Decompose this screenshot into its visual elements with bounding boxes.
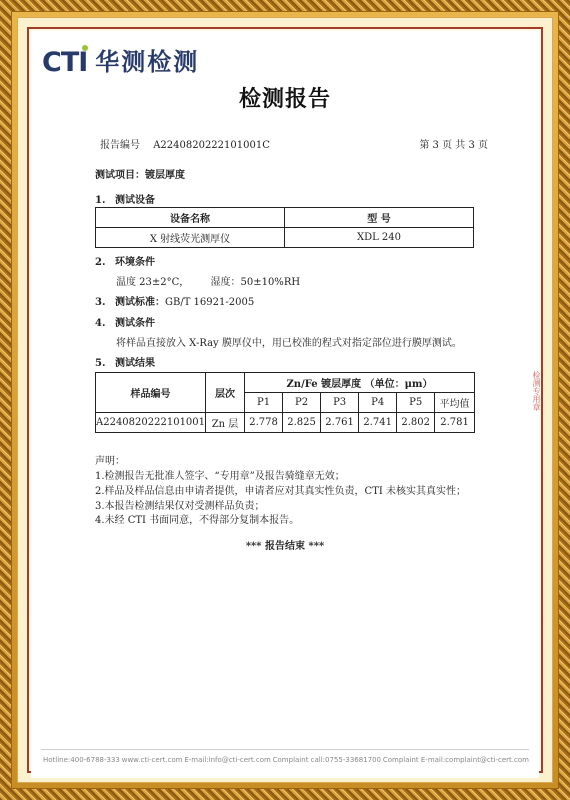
equipment-table: 设备名称 型 号 X 射线荧光测厚仪 XDL 240 (95, 207, 474, 248)
statement-item: 3.本报告检测结果仅对受测样品负责； (95, 497, 265, 512)
footer-complaint-email: Complaint E-mail:complaint@cti-cert.com (383, 756, 529, 764)
report-number: 报告编号 A2240820222101001C (100, 136, 270, 151)
results-table: 样品编号 层次 Zn/Fe 镀层厚度 （单位：μm） P1 P2 P3 P4 P… (95, 372, 475, 433)
value-p4: 2.741 (359, 413, 397, 433)
header-sample-no: 样品编号 (96, 373, 206, 413)
report-meta: 报告编号 A2240820222101001C 第 3 页 共 3 页 (100, 136, 488, 151)
value-average: 2.781 (435, 413, 475, 433)
document-title: 检测报告 (31, 82, 539, 113)
header-p3: P3 (321, 393, 359, 413)
report-number-label: 报告编号 (100, 140, 140, 151)
value-p1: 2.778 (245, 413, 283, 433)
footer-complaint-call: Complaint call:0755-33681700 (273, 756, 381, 764)
layer: Zn 层 (206, 413, 245, 433)
footer-divider (41, 749, 529, 750)
section-1-heading: 1.测试设备 (95, 191, 155, 206)
report-number-value: A2240820222101001C (153, 140, 270, 151)
statement-item: 4.未经 CTI 书面同意，不得部分复制本报告。 (95, 511, 299, 526)
table-header-row: 设备名称 型 号 (96, 208, 474, 228)
humidity: 湿度：50±10%RH (210, 277, 300, 288)
header-equipment-name: 设备名称 (96, 208, 285, 228)
footer-website: www.cti-cert.com (122, 756, 183, 764)
statement-item: 1.检测报告无批准人签字、“专用章”及报告骑缝章无效； (95, 467, 345, 482)
section-4-heading: 4.测试条件 (95, 314, 155, 329)
end-mark: *** 报告结束 *** (31, 537, 539, 552)
header-p2: P2 (283, 393, 321, 413)
test-condition-text: 将样品直接放入 X-Ray 膜厚仪中，用已校准的程式对指定部位进行膜厚测试。 (116, 334, 462, 349)
statement-title: 声明： (95, 452, 125, 467)
test-standard: GB/T 16921-2005 (165, 297, 254, 308)
value-p5: 2.802 (397, 413, 435, 433)
header-p4: P4 (359, 393, 397, 413)
value-p3: 2.761 (321, 413, 359, 433)
sample-no: A2240820222101001 (96, 413, 206, 433)
section-2-heading: 2.环境条件 (95, 253, 155, 268)
header-p5: P5 (397, 393, 435, 413)
equipment-model: XDL 240 (285, 228, 474, 248)
report-page: CTI 华测检测 检测报告 报告编号 A2240820222101001C 第 … (31, 31, 539, 778)
temperature: 温度 23±2°C， (116, 277, 189, 288)
header-thickness-group: Zn/Fe 镀层厚度 （单位：μm） (245, 373, 475, 393)
value-p2: 2.825 (283, 413, 321, 433)
header-average: 平均值 (435, 393, 475, 413)
equipment-name: X 射线荧光测厚仪 (96, 228, 285, 248)
table-header-row: 样品编号 层次 Zn/Fe 镀层厚度 （单位：μm） (96, 373, 475, 393)
footer-hotline: Hotline:400-6788-333 (43, 756, 120, 764)
logo-name: 华测检测 (95, 49, 199, 76)
section-3-heading: 3.测试标准：GB/T 16921-2005 (95, 293, 254, 308)
section-5-heading: 5.测试结果 (95, 354, 155, 369)
header-layer: 层次 (206, 373, 245, 413)
cti-logo: CTI 华测检测 (42, 49, 199, 76)
header-model: 型 号 (285, 208, 474, 228)
environment-conditions: 温度 23±2°C， 湿度：50±10%RH (116, 273, 300, 288)
seam-stamp: 检测专用章 (522, 371, 542, 493)
table-row: X 射线荧光测厚仪 XDL 240 (96, 228, 474, 248)
page-info: 第 3 页 共 3 页 (419, 136, 488, 151)
statement-item: 2.样品及样品信息由申请者提供，申请者应对其真实性负责，CTI 未核实其真实性； (95, 482, 466, 497)
test-item: 测试项目：镀层厚度 (95, 166, 185, 181)
table-row: A2240820222101001 Zn 层 2.778 2.825 2.761… (96, 413, 475, 433)
footer-email: E-mail:info@cti-cert.com (184, 756, 270, 764)
header-p1: P1 (245, 393, 283, 413)
logo-dot-icon (82, 45, 88, 51)
logo-mark: CTI (42, 49, 87, 76)
footer: Hotline:400-6788-333 www.cti-cert.com E-… (43, 756, 529, 764)
